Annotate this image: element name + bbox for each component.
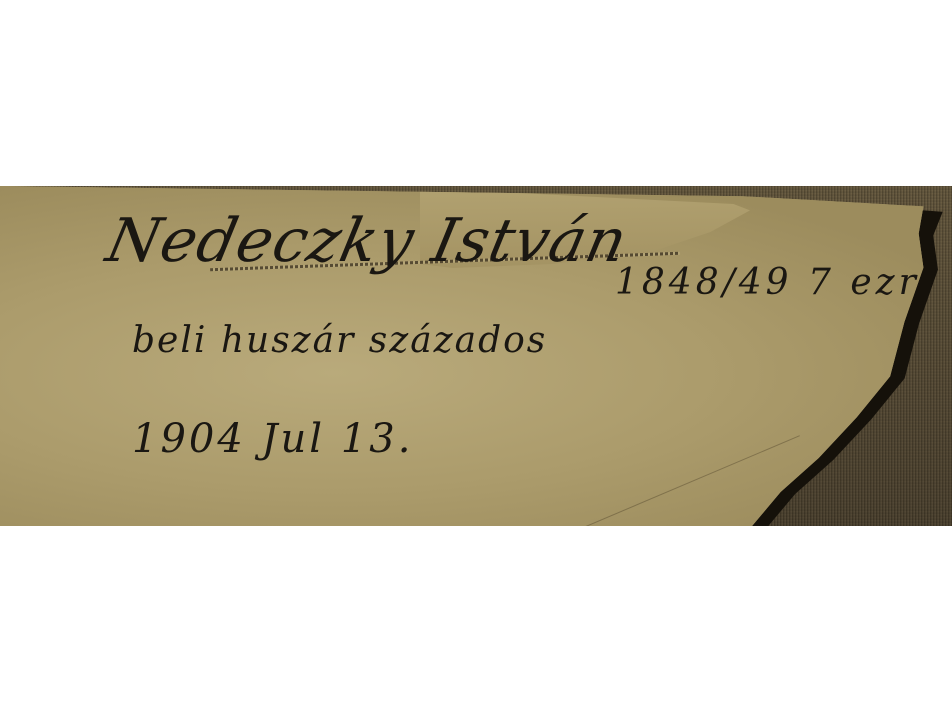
handwritten-name: Nedeczky István bbox=[101, 206, 634, 276]
photograph: Nedeczky István 1848/49 7 ezr beli huszá… bbox=[0, 186, 952, 526]
handwritten-date: 1904 Jul 13. bbox=[132, 416, 413, 462]
handwritten-rank: beli huszár százados bbox=[132, 320, 547, 361]
handwritten-years-regiment: 1848/49 7 ezr bbox=[615, 262, 920, 303]
